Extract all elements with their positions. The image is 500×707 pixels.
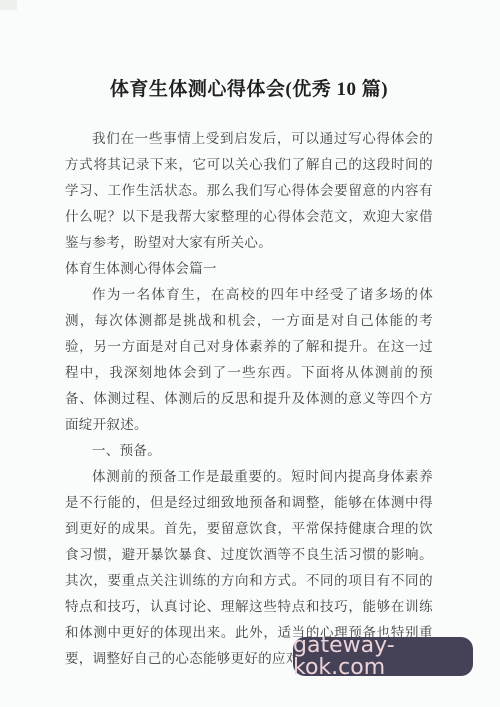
document-title: 体育生体测心得体会(优秀 10 篇) [65,78,433,102]
intro-paragraph: 我们在一些事情上受到启发后，可以通过写心得体会的方式将其记录下来，它可以关心我们… [65,126,433,256]
section-heading: 体育生体测心得体会篇一 [65,256,433,282]
corner-artifact [0,0,17,10]
sub-heading: 一、预备。 [65,438,433,464]
watermark-text: gateway-kok.com [293,635,473,679]
watermark-badge: gateway-kok.com [293,637,473,676]
document-page-background: { "page": { "background_color": "#f9fcfa… [0,0,500,707]
document-content: 体育生体测心得体会(优秀 10 篇) 我们在一些事情上受到启发后，可以通过写心得… [65,78,433,672]
body-paragraph-1: 作为一名体育生，在高校的四年中经受了诸多场的体测，每次体测都是挑战和机会，一方面… [65,282,433,438]
